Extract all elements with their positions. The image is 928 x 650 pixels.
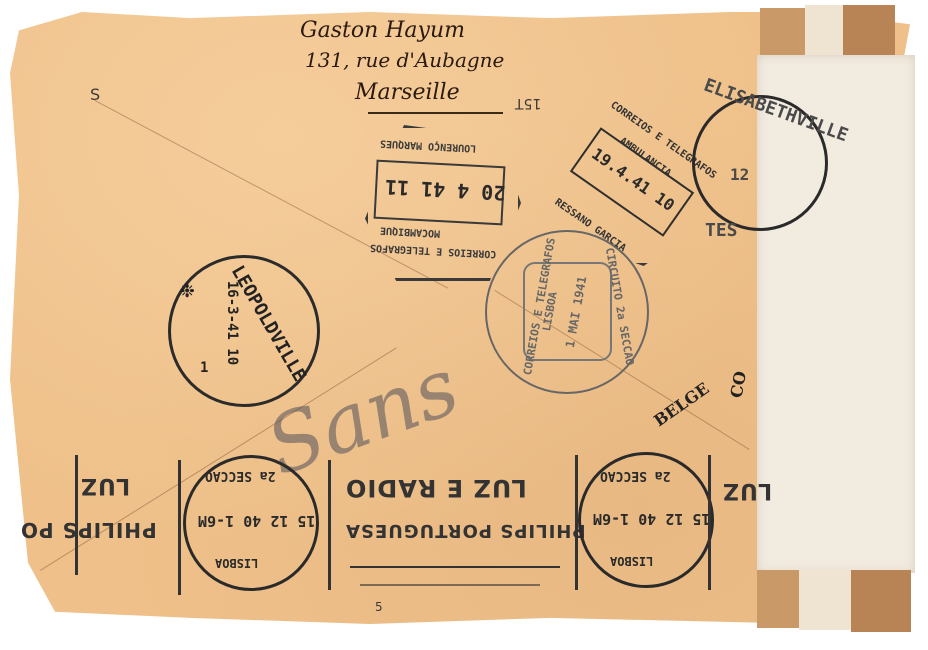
tape-white-bottom bbox=[799, 570, 851, 630]
elisabethville-date: 12 bbox=[730, 165, 749, 184]
cancel-line-1 bbox=[350, 566, 560, 568]
lisboa-right-bottom: LISBOA bbox=[610, 554, 653, 568]
slogan-philips-1: PHILIPS PORTUGUESA bbox=[345, 520, 586, 541]
elisabethville-suffix: TES bbox=[705, 220, 738, 241]
tape-brown-bottom bbox=[851, 570, 911, 632]
mark-top-left: S bbox=[90, 85, 100, 104]
slogan-luz-3: LUZ bbox=[722, 478, 772, 503]
leopoldville-date: 16-3-41 10 bbox=[224, 281, 240, 365]
sender-city: Marseille bbox=[355, 80, 460, 105]
mark-top-mid: 15T bbox=[515, 95, 541, 111]
tape-white-top bbox=[805, 5, 843, 57]
sender-underline bbox=[368, 112, 503, 114]
post-horn-icon: ❉ bbox=[180, 275, 194, 303]
slogan-luz-2: LUZ bbox=[80, 473, 130, 498]
mark-bottom-mid: 5 bbox=[375, 600, 383, 614]
lisboa-right-top: 2a SECCAO bbox=[600, 468, 670, 483]
cancel-line-2 bbox=[360, 584, 540, 586]
lisboa-left-date: 15 12 40 1-6M bbox=[198, 512, 315, 530]
sender-address: 131, rue d'Aubagne bbox=[305, 48, 504, 72]
lisboa-left-top: 2a SECCAO bbox=[205, 468, 275, 483]
slogan-philips-2: PHILIPS PO bbox=[20, 518, 157, 542]
cancel-bar-2 bbox=[178, 460, 181, 595]
cancel-bar-3 bbox=[328, 460, 331, 590]
lisboa-right-date: 15 12 40 1-6M bbox=[593, 510, 710, 528]
sender-name: Gaston Hayum bbox=[300, 18, 465, 43]
lisboa-left-bottom: LISBOA bbox=[215, 556, 258, 570]
cancel-bar-1 bbox=[75, 455, 78, 575]
tape-brown-top-left bbox=[760, 8, 805, 56]
tape-brown-bottom-left bbox=[757, 570, 799, 628]
leopoldville-number: 1 bbox=[200, 360, 208, 376]
tape-brown-top bbox=[843, 5, 895, 57]
slogan-luz-radio: LUZ E RADIO bbox=[345, 474, 527, 502]
cancel-bar-5 bbox=[708, 455, 711, 590]
